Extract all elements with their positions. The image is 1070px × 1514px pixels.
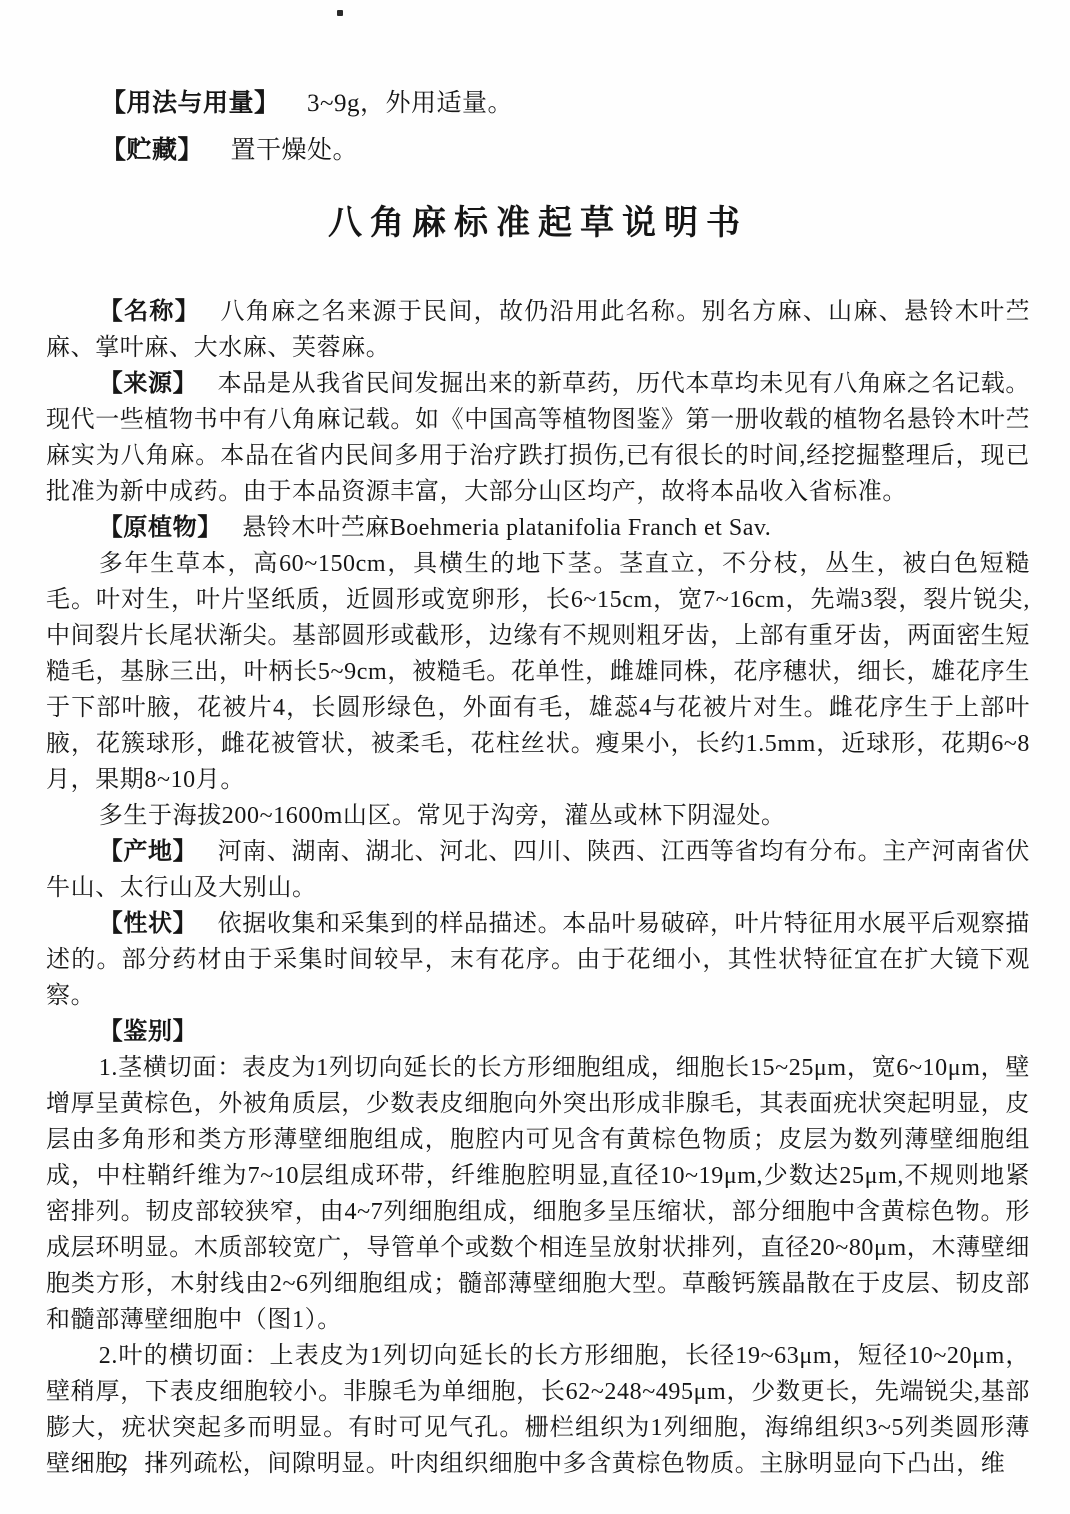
section-label-usage: 【用法与用量】 bbox=[101, 90, 280, 117]
section-label-properties: 【性状】 bbox=[99, 911, 197, 937]
page-number: 2 bbox=[116, 1450, 128, 1476]
paragraph-original-plant: 【原植物】悬铃木叶苎麻Boehmeria platanifolia Franch… bbox=[46, 510, 1030, 546]
page-title: 八角麻标准起草说明书 bbox=[46, 200, 1030, 248]
section-label-source: 【来源】 bbox=[99, 371, 197, 397]
entry-usage-text: 3~9g，外用适量。 bbox=[307, 90, 513, 117]
section-label-identification: 【鉴别】 bbox=[99, 1019, 197, 1045]
paragraph-leaf-cross-section: 2.叶的横切面：上表皮为1列切向延长的长方形细胞，长径19~63μm，短径10~… bbox=[46, 1338, 1030, 1482]
document-content: 【用法与用量】3~9g，外用适量。 【贮藏】置干燥处。 八角麻标准起草说明书 【… bbox=[46, 80, 1030, 1482]
entry-storage-text: 置干燥处。 bbox=[231, 137, 359, 164]
paragraph-original-plant-text: 悬铃木叶苎麻 bbox=[242, 515, 390, 541]
paragraph-habitat-text: 多生于海拔200~1600m山区。常见于沟旁，灌丛或林下阴湿处。 bbox=[99, 803, 786, 829]
paragraph-habitat: 多生于海拔200~1600m山区。常见于沟旁，灌丛或林下阴湿处。 bbox=[46, 798, 1030, 834]
paragraph-leaf-cross-section-text: 2.叶的横切面：上表皮为1列切向延长的长方形细胞，长径19~63μm，短径10~… bbox=[46, 1343, 1030, 1477]
entry-usage-dosage: 【用法与用量】3~9g，外用适量。 bbox=[46, 80, 1030, 127]
paragraph-stem-cross-section-text: 1.茎横切面：表皮为1列切向延长的长方形细胞组成，细胞长15~25μm，宽6~1… bbox=[46, 1055, 1030, 1333]
paragraph-stem-cross-section: 1.茎横切面：表皮为1列切向延长的长方形细胞组成，细胞长15~25μm，宽6~1… bbox=[46, 1050, 1030, 1338]
paragraph-source: 【来源】本品是从我省民间发掘出来的新草药，历代本草均未见有八角麻之名记载。现代一… bbox=[46, 366, 1030, 510]
scan-artifact-dot bbox=[337, 10, 343, 16]
entry-storage: 【贮藏】置干燥处。 bbox=[46, 127, 1030, 174]
paragraph-production-area: 【产地】河南、湖南、湖北、河北、四川、陕西、江西等省均有分布。主产河南省伏牛山、… bbox=[46, 834, 1030, 906]
paragraph-properties: 【性状】依据收集和采集到的样品描述。本品叶易破碎，叶片特征用水展平后观察描述的。… bbox=[46, 906, 1030, 1014]
section-label-original-plant: 【原植物】 bbox=[99, 515, 222, 541]
section-label-name: 【名称】 bbox=[99, 299, 200, 325]
paragraph-name: 【名称】八角麻之名来源于民间，故仍沿用此名称。别名方麻、山麻、悬铃木叶苎麻、掌叶… bbox=[46, 294, 1030, 366]
section-label-storage: 【贮藏】 bbox=[101, 137, 203, 164]
page-number-footer: •2• bbox=[82, 1450, 162, 1476]
paragraph-plant-description: 多年生草本，高60~150cm，具横生的地下茎。茎直立，不分枝，丛生，被白色短糙… bbox=[46, 546, 1030, 798]
document-page: 【用法与用量】3~9g，外用适量。 【贮藏】置干燥处。 八角麻标准起草说明书 【… bbox=[0, 0, 1070, 1514]
paragraph-identification-heading: 【鉴别】 bbox=[46, 1014, 1030, 1050]
latin-name: Boehmeria platanifolia Franch et Sav. bbox=[390, 515, 772, 541]
footer-left-dot: • bbox=[82, 1452, 88, 1473]
paragraph-plant-description-text: 多年生草本，高60~150cm，具横生的地下茎。茎直立，不分枝，丛生，被白色短糙… bbox=[46, 551, 1030, 793]
section-label-production-area: 【产地】 bbox=[99, 839, 197, 865]
footer-right-dot: • bbox=[156, 1452, 162, 1473]
